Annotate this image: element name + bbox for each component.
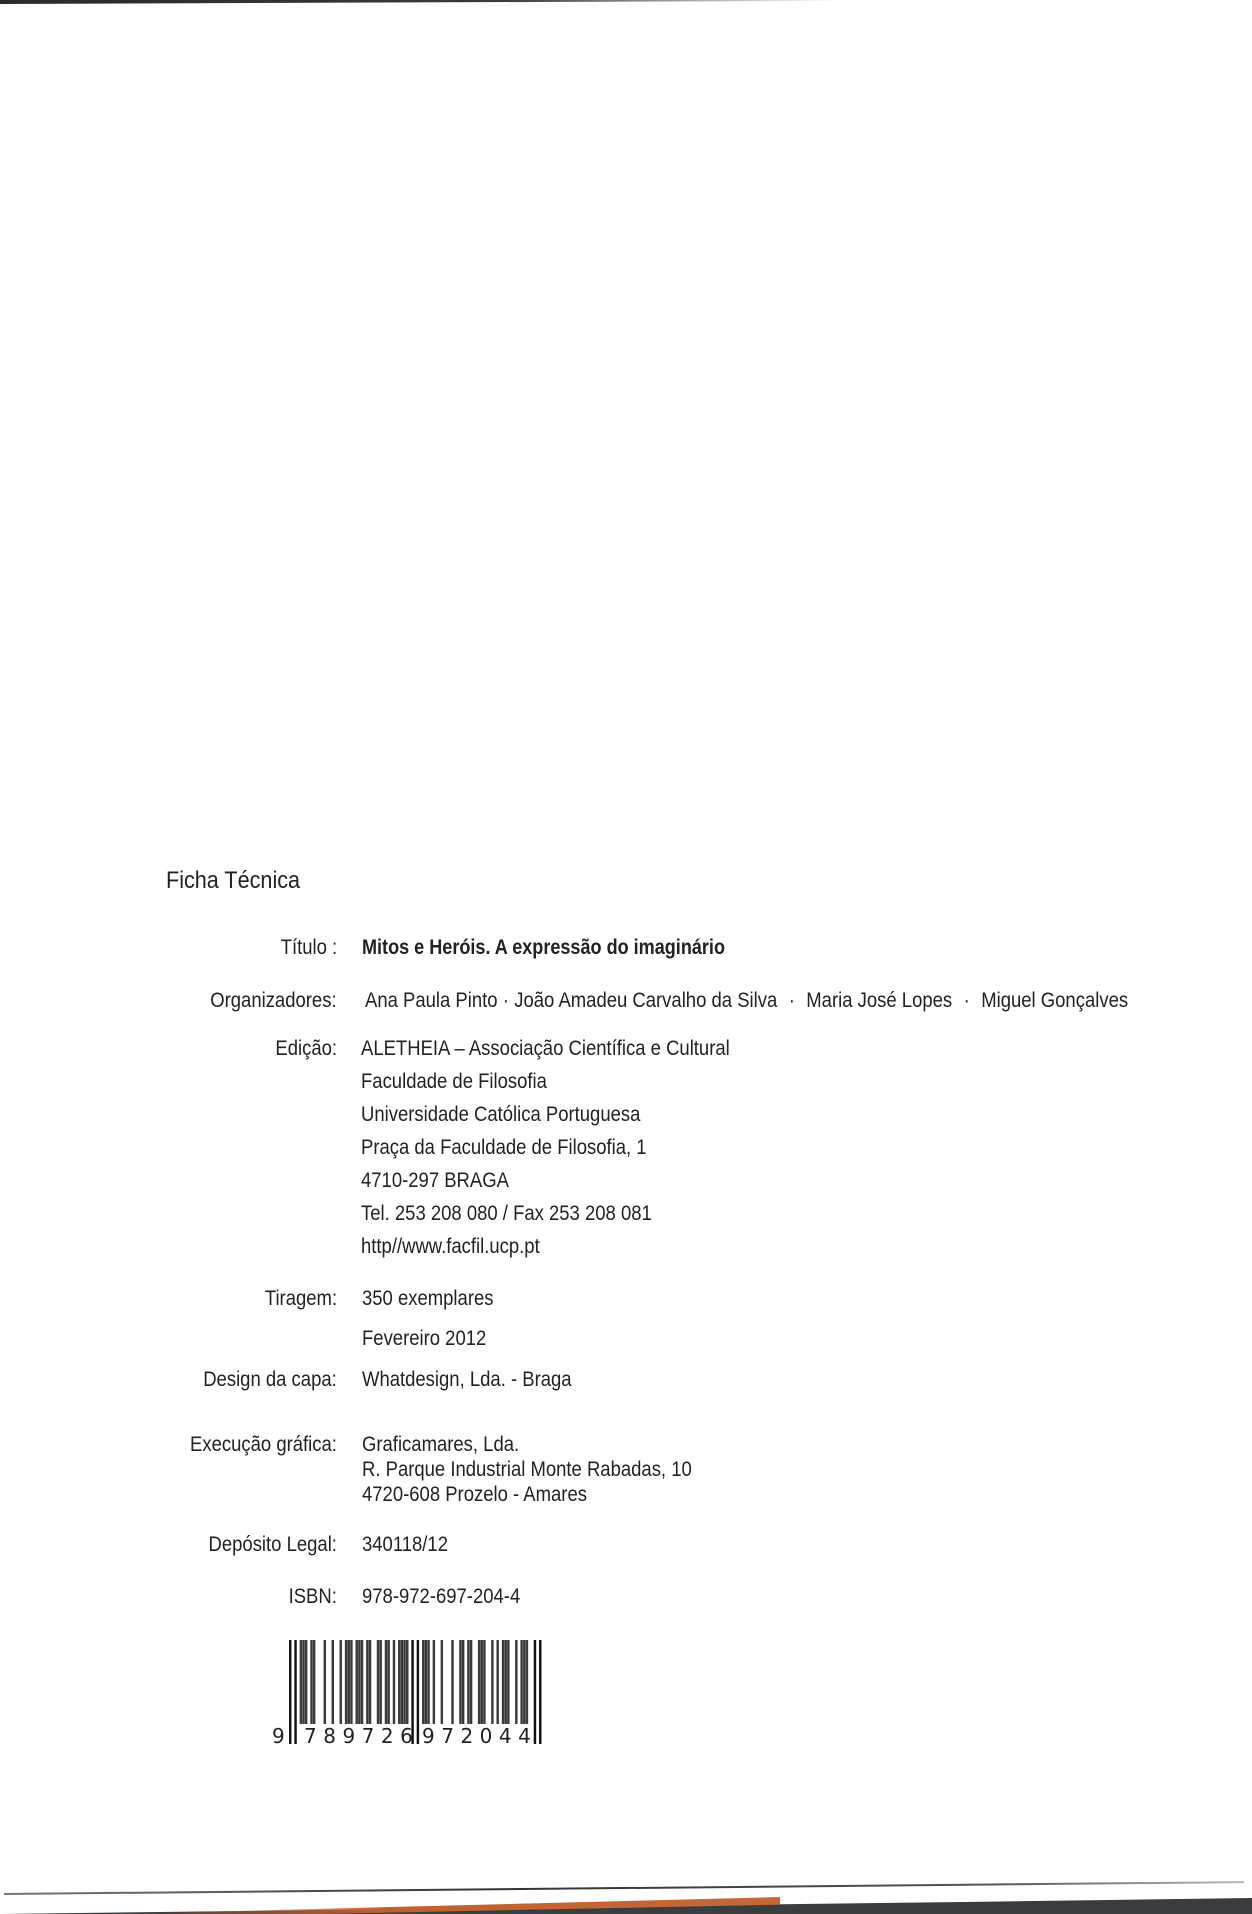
address-line: Universidade Católica Portuguesa <box>361 1102 730 1135</box>
organizers-list: Ana Paula Pinto·João Amadeu Carvalho da … <box>365 988 1128 1014</box>
field-label: Execução gráfica: <box>190 1432 337 1458</box>
field-titulo: Título : Mitos e Heróis. A expressão do … <box>0 935 1252 965</box>
field-edicao: Edição: ALETHEIA – Associação Científica… <box>0 1036 1252 1066</box>
print-run: 350 exemplares <box>362 1286 493 1312</box>
field-label: Design da capa: <box>203 1367 337 1393</box>
organizer-name: João Amadeu Carvalho da Silva <box>514 989 777 1012</box>
field-data: Fevereiro 2012 <box>0 1326 1252 1356</box>
field-label: ISBN: <box>289 1584 337 1610</box>
address-line: R. Parque Industrial Monte Rabadas, 10 <box>362 1457 692 1482</box>
address-line: 4720-608 Prozelo - Amares <box>362 1482 692 1507</box>
website-url: http//www.facfil.ucp.pt <box>361 1234 730 1267</box>
field-label: Edição: <box>275 1036 337 1062</box>
field-organizadores: Organizadores: Ana Paula Pinto·João Amad… <box>0 988 1252 1018</box>
barcode-digit-first: 9 <box>272 1724 285 1748</box>
address-line: Faculdade de Filosofia <box>361 1069 730 1102</box>
field-label: Organizadores: <box>211 988 337 1014</box>
organizer-name: Ana Paula Pinto <box>365 989 498 1012</box>
address-line: Praça da Faculdade de Filosofia, 1 <box>361 1135 730 1168</box>
address-line: Graficamares, Lda. <box>362 1432 692 1457</box>
organizer-name: Miguel Gonçalves <box>981 989 1128 1012</box>
barcode-digits-left: 789726 <box>304 1724 419 1748</box>
field-label: Título : <box>281 935 337 961</box>
field-tiragem: Tiragem: 350 exemplares <box>0 1286 1252 1316</box>
scan-bottom-line <box>4 1881 1244 1895</box>
scan-top-edge <box>0 0 840 4</box>
field-label: Depósito Legal: <box>209 1532 337 1558</box>
organizer-name: Maria José Lopes <box>806 989 952 1012</box>
separator-dot: · <box>777 988 806 1014</box>
address-line: Tel. 253 208 080 / Fax 253 208 081 <box>361 1201 730 1234</box>
field-isbn: ISBN: 978-972-697-204-4 <box>0 1584 1252 1614</box>
field-label: Tiragem: <box>265 1286 337 1312</box>
field-deposito-legal: Depósito Legal: 340118/12 <box>0 1532 1252 1562</box>
barcode-digits: 9 789726 972044 <box>270 1724 550 1752</box>
address-line: 4710-297 BRAGA <box>361 1168 730 1201</box>
field-execucao-grafica: Execução gráfica: Graficamares, Lda. R. … <box>0 1432 1252 1462</box>
isbn-number: 978-972-697-204-4 <box>362 1584 520 1610</box>
address-line: ALETHEIA – Associação Científica e Cultu… <box>361 1036 730 1069</box>
printer-address: Graficamares, Lda. R. Parque Industrial … <box>362 1432 692 1507</box>
cover-designer: Whatdesign, Lda. - Braga <box>362 1367 572 1393</box>
legal-deposit-number: 340118/12 <box>362 1532 448 1558</box>
separator-dot: · <box>952 988 981 1014</box>
publisher-address: ALETHEIA – Associação Científica e Cultu… <box>361 1036 730 1267</box>
field-design-capa: Design da capa: Whatdesign, Lda. - Braga <box>0 1367 1252 1397</box>
separator-dot: · <box>498 988 515 1014</box>
isbn-barcode: 9 789726 972044 <box>270 1636 550 1751</box>
publication-date: Fevereiro 2012 <box>362 1326 486 1352</box>
book-title: Mitos e Heróis. A expressão do imaginári… <box>362 935 725 961</box>
barcode-digits-right: 972044 <box>422 1724 537 1748</box>
page-heading: Ficha Técnica <box>166 866 300 896</box>
